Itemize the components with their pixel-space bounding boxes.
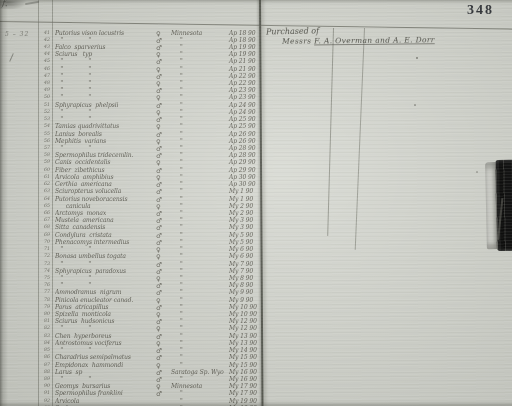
species-cell: " " bbox=[55, 66, 155, 73]
date-cell: My 2 90 bbox=[229, 203, 259, 210]
row-number: 75 bbox=[36, 275, 50, 281]
register-row: 68 Sitta canadensis ♂ " My 3 90 bbox=[0, 224, 256, 231]
locality-cell: " bbox=[171, 174, 225, 181]
register-row: 81 Sciurus hudsonicus ♂ " My 12 90 bbox=[0, 318, 256, 325]
row-number: 44 bbox=[36, 51, 50, 57]
row-number: 88 bbox=[36, 369, 50, 375]
locality-cell: " bbox=[171, 138, 225, 145]
species-cell: Chen hyperboreus bbox=[55, 333, 155, 340]
species-cell: Sciuropterus volucella bbox=[55, 188, 155, 195]
register-row: 67 Mustela americana ♂ " My 3 90 bbox=[0, 217, 256, 224]
date-cell: My 7 90 bbox=[229, 261, 259, 268]
row-number: 60 bbox=[36, 167, 50, 173]
row-number: 76 bbox=[36, 282, 50, 288]
ink-speck bbox=[476, 171, 478, 173]
date-cell: My 13 90 bbox=[229, 333, 259, 340]
row-number: 70 bbox=[36, 239, 50, 245]
species-cell: Mephitis varians bbox=[55, 138, 155, 145]
register-row: 66 Arctomys monax ♂ " My 2 90 bbox=[0, 210, 256, 217]
row-number: 49 bbox=[36, 87, 50, 93]
locality-cell: " bbox=[171, 354, 225, 361]
species-cell: Putorius noveboracensis bbox=[55, 196, 155, 203]
species-cell: " " bbox=[55, 376, 155, 383]
row-number: 87 bbox=[36, 362, 50, 368]
species-cell: Arvicola bbox=[55, 398, 155, 405]
register-row: 75 " " ♀ " My 8 90 bbox=[0, 275, 256, 282]
locality-cell: Saratoga Sp. Wyo bbox=[171, 369, 225, 376]
corner-pencil-mark: f. bbox=[1, 0, 8, 9]
locality-cell: " bbox=[171, 167, 225, 174]
date-cell: My 3 90 bbox=[229, 224, 259, 231]
date-cell: Ap 29 90 bbox=[229, 159, 259, 166]
ink-speck bbox=[414, 104, 416, 106]
species-cell: " " bbox=[55, 87, 155, 94]
species-cell: Mustela americana bbox=[55, 217, 155, 224]
species-cell: Sphyrapicus paradoxus bbox=[55, 268, 155, 275]
species-cell: " " bbox=[55, 325, 155, 332]
register-row: 71 " " ♀ " My 6 90 bbox=[0, 246, 256, 253]
locality-cell: " bbox=[171, 116, 225, 123]
locality-cell: " bbox=[171, 109, 225, 116]
locality-cell: " bbox=[171, 261, 225, 268]
locality-cell: " bbox=[171, 304, 225, 311]
species-cell: " " bbox=[55, 261, 155, 268]
inscription-line-2: Messrs F. A. Overman and A. E. Dorr bbox=[282, 35, 435, 46]
locality-cell: " bbox=[171, 203, 225, 210]
date-cell: Ap 19 90 bbox=[229, 44, 259, 51]
row-number: 74 bbox=[36, 268, 50, 274]
species-cell: Sciurus hudsonicus bbox=[55, 318, 155, 325]
species-cell: " " bbox=[55, 282, 155, 289]
locality-cell: " bbox=[171, 311, 225, 318]
locality-cell: " bbox=[171, 325, 225, 332]
species-cell: Antrostomus vociferus bbox=[55, 340, 155, 347]
register-row: 91 Spermophilus franklini ♂ " My 17 90 bbox=[0, 390, 256, 397]
locality-cell: " bbox=[171, 58, 225, 65]
species-cell: Sphyrapicus phelpsii bbox=[55, 102, 155, 109]
date-cell: Ap 26 90 bbox=[229, 138, 259, 145]
row-number: 47 bbox=[36, 73, 50, 79]
species-cell: Spizella monticola bbox=[55, 311, 155, 318]
date-cell: My 10 90 bbox=[229, 311, 259, 318]
locality-cell: " bbox=[171, 390, 225, 397]
locality-cell: " bbox=[171, 217, 225, 224]
register-row: 76 " " ♂ " My 8 90 bbox=[0, 282, 256, 289]
register-row: 79 Parus atricapillus ♂ " My 10 90 bbox=[0, 304, 256, 311]
register-row: 54 Tamias quadrivittatus ♀ " Ap 25 90 bbox=[0, 123, 256, 130]
row-number: 91 bbox=[36, 390, 50, 396]
locality-cell: " bbox=[171, 224, 225, 231]
register-row: 49 " " ♂ " Ap 23 90 bbox=[0, 87, 256, 94]
register-row: 52 " " ♀ " Ap 24 90 bbox=[0, 109, 256, 116]
date-cell: Ap 18 90 bbox=[229, 37, 259, 44]
date-cell: My 16 90 bbox=[229, 376, 259, 383]
inscription-prefix: Messrs bbox=[282, 36, 314, 45]
species-cell: " " bbox=[55, 58, 155, 65]
row-number: 58 bbox=[36, 152, 50, 158]
date-cell: My 14 90 bbox=[229, 347, 259, 354]
date-cell: Ap 24 90 bbox=[229, 102, 259, 109]
right-page bbox=[262, 0, 512, 406]
species-cell: Phenacomys intermedius bbox=[55, 239, 155, 246]
date-cell: Ap 24 90 bbox=[229, 109, 259, 116]
register-row: 78 Pinicola enucleator canad. ♀ " My 9 9… bbox=[0, 297, 256, 304]
locality-cell: " bbox=[171, 253, 225, 260]
register-row: 58 Spermophilus tridecemlin. ♂ " Ap 28 9… bbox=[0, 152, 256, 159]
ledger-scan: 348 f. 5 – 32 41 Putorius vison lacustri… bbox=[0, 0, 512, 406]
row-number: 86 bbox=[36, 354, 50, 360]
row-number: 73 bbox=[36, 261, 50, 267]
locality-cell: " bbox=[171, 289, 225, 296]
row-number: 59 bbox=[36, 159, 50, 165]
register-rows: 41 Putorius vison lacustris ♀ Minnesota … bbox=[0, 30, 256, 406]
row-number: 89 bbox=[36, 376, 50, 382]
species-cell: " " bbox=[55, 94, 155, 101]
register-row: 69 Condylura cristata ♂ " My 5 90 bbox=[0, 232, 256, 239]
row-number: 64 bbox=[36, 196, 50, 202]
row-number: 63 bbox=[36, 188, 50, 194]
register-row: 90 Geomys bursarius ♀ Minnesota My 17 90 bbox=[0, 383, 256, 390]
locality-cell: " bbox=[171, 159, 225, 166]
inscription-names: F. A. Overman and A. E. Dorr bbox=[314, 35, 435, 45]
locality-cell: " bbox=[171, 87, 225, 94]
locality-cell: " bbox=[171, 66, 225, 73]
inscription-line-1: Purchased of bbox=[266, 26, 319, 36]
page-number: 348 bbox=[467, 3, 494, 19]
locality-cell: " bbox=[171, 94, 225, 101]
date-cell: Ap 23 90 bbox=[229, 87, 259, 94]
locality-cell: " bbox=[171, 210, 225, 217]
date-cell: Ap 26 90 bbox=[229, 131, 259, 138]
register-row: 42 " " ♂ " Ap 18 90 bbox=[0, 37, 256, 44]
date-cell: My 5 90 bbox=[229, 239, 259, 246]
species-cell: " " bbox=[55, 347, 155, 354]
locality-cell: " bbox=[171, 275, 225, 282]
species-cell: " " bbox=[55, 246, 155, 253]
species-cell: Falco sparverius bbox=[55, 44, 155, 51]
register-row: 41 Putorius vison lacustris ♀ Minnesota … bbox=[0, 30, 256, 37]
register-row: 89 " " ♂ " My 16 90 bbox=[0, 376, 256, 383]
species-cell: Geomys bursarius bbox=[55, 383, 155, 390]
locality-cell: " bbox=[171, 239, 225, 246]
locality-cell: " bbox=[171, 152, 225, 159]
scan-edge-top bbox=[0, 0, 512, 4]
register-row: 85 " " ♂ " My 14 90 bbox=[0, 347, 256, 354]
date-cell: My 13 90 bbox=[229, 340, 259, 347]
row-number: 55 bbox=[36, 131, 50, 137]
species-cell: Putorius vison lacustris bbox=[55, 30, 155, 37]
locality-cell: " bbox=[171, 282, 225, 289]
register-row: 44 Sciurus typ ♀ " Ap 19 90 bbox=[0, 51, 256, 58]
corner-pencil-dash bbox=[25, 1, 39, 5]
date-cell: Ap 22 90 bbox=[229, 73, 259, 80]
date-cell: Ap 18 90 bbox=[229, 30, 259, 37]
register-row: 45 " " ♂ " Ap 21 90 bbox=[0, 58, 256, 65]
row-number: 53 bbox=[36, 116, 50, 122]
right-page-rule-1 bbox=[327, 28, 334, 236]
locality-cell: " bbox=[171, 297, 225, 304]
species-cell: Empidonax hammondi bbox=[55, 362, 155, 369]
species-cell: Certhia americana bbox=[55, 181, 155, 188]
species-cell: " " bbox=[55, 80, 155, 87]
register-row: 73 " " ♂ " My 7 90 bbox=[0, 261, 256, 268]
row-number: 81 bbox=[36, 318, 50, 324]
locality-cell: " bbox=[171, 145, 225, 152]
species-cell: " " bbox=[55, 116, 155, 123]
locality-cell: " bbox=[171, 102, 225, 109]
locality-cell: Minnesota bbox=[171, 383, 225, 390]
date-cell: My 6 90 bbox=[229, 253, 259, 260]
species-cell: Spermophilus tridecemlin. bbox=[55, 152, 155, 159]
row-number: 66 bbox=[36, 210, 50, 216]
species-cell: Charadrius semipalmatus bbox=[55, 354, 155, 361]
locality-cell: " bbox=[171, 123, 225, 130]
row-number: 54 bbox=[36, 123, 50, 129]
row-number: 83 bbox=[36, 333, 50, 339]
register-row: 59 Canis occidentalis ♀ " Ap 29 90 bbox=[0, 159, 256, 166]
row-number: 46 bbox=[36, 66, 50, 72]
locality-cell: " bbox=[171, 37, 225, 44]
register-row: 77 Ammodramus nigrum ♂ " My 9 90 bbox=[0, 289, 256, 296]
register-row: 56 Mephitis varians ♀ " Ap 26 90 bbox=[0, 138, 256, 145]
date-cell: Ap 25 90 bbox=[229, 116, 259, 123]
species-cell: Spermophilus franklini bbox=[55, 390, 155, 397]
register-row: 84 Antrostomus vociferus ♀ " My 13 90 bbox=[0, 340, 256, 347]
date-cell: My 8 90 bbox=[229, 282, 259, 289]
register-row: 87 Empidonax hammondi ♀ " My 15 90 bbox=[0, 362, 256, 369]
locality-cell: " bbox=[171, 246, 225, 253]
register-row: 80 Spizella monticola ♀ " My 10 90 bbox=[0, 311, 256, 318]
date-cell: My 6 90 bbox=[229, 246, 259, 253]
locality-cell: " bbox=[171, 80, 225, 87]
species-cell: " " bbox=[55, 145, 155, 152]
register-row: 63 Sciuropterus volucella ♂ " My 1 90 bbox=[0, 188, 256, 195]
row-number: 90 bbox=[36, 383, 50, 389]
row-number: 48 bbox=[36, 80, 50, 86]
species-cell: Ammodramus nigrum bbox=[55, 289, 155, 296]
row-number: 80 bbox=[36, 311, 50, 317]
species-cell: Arctomys monax bbox=[55, 210, 155, 217]
book-edge-tab bbox=[485, 160, 512, 252]
date-cell: Ap 29 90 bbox=[229, 167, 259, 174]
date-cell: My 12 90 bbox=[229, 318, 259, 325]
date-cell: My 10 90 bbox=[229, 304, 259, 311]
date-cell: Ap 19 90 bbox=[229, 51, 259, 58]
row-number: 78 bbox=[36, 297, 50, 303]
register-row: 70 Phenacomys intermedius ♂ " My 5 90 bbox=[0, 239, 256, 246]
locality-cell: " bbox=[171, 44, 225, 51]
row-number: 79 bbox=[36, 304, 50, 310]
date-cell: My 16 90 bbox=[229, 369, 259, 376]
species-cell: Canis occidentalis bbox=[55, 159, 155, 166]
date-cell: My 12 90 bbox=[229, 325, 259, 332]
locality-cell: " bbox=[171, 73, 225, 80]
row-number: 56 bbox=[36, 138, 50, 144]
register-row: 48 " " ♀ " Ap 22 90 bbox=[0, 80, 256, 87]
register-row: 74 Sphyrapicus paradoxus ♂ " My 7 90 bbox=[0, 268, 256, 275]
locality-cell: " bbox=[171, 232, 225, 239]
row-number: 72 bbox=[36, 253, 50, 259]
row-number: 65 bbox=[36, 203, 50, 209]
species-cell: Parus atricapillus bbox=[55, 304, 155, 311]
register-row: 62 Certhia americana ♂ " Ap 30 90 bbox=[0, 181, 256, 188]
register-row: 50 " " ♀ " Ap 23 90 bbox=[0, 94, 256, 101]
register-row: 47 " " ♂ " Ap 22 90 bbox=[0, 73, 256, 80]
date-cell: My 15 90 bbox=[229, 362, 259, 369]
date-cell: My 5 90 bbox=[229, 232, 259, 239]
species-cell: Arvicola amphibius bbox=[55, 174, 155, 181]
register-row: 53 " " ♂ " Ap 25 90 bbox=[0, 116, 256, 123]
row-number: 61 bbox=[36, 174, 50, 180]
species-cell: Larus sp bbox=[55, 369, 155, 376]
row-number: 43 bbox=[36, 44, 50, 50]
row-number: 45 bbox=[36, 58, 50, 64]
date-cell: Ap 21 90 bbox=[229, 58, 259, 65]
register-row: 46 " " ♀ " Ap 21 90 bbox=[0, 66, 256, 73]
row-number: 41 bbox=[36, 30, 50, 36]
register-row: 43 Falco sparverius ♂ " Ap 19 90 bbox=[0, 44, 256, 51]
header-rule bbox=[0, 21, 512, 30]
register-row: 92 Arvicola " My 19 90 bbox=[0, 398, 256, 405]
species-cell: " " bbox=[55, 37, 155, 44]
date-cell: Ap 25 90 bbox=[229, 123, 259, 130]
date-cell: My 15 90 bbox=[229, 354, 259, 361]
locality-cell: " bbox=[171, 51, 225, 58]
date-cell: My 19 90 bbox=[229, 398, 259, 405]
locality-cell: " bbox=[171, 376, 225, 383]
row-number: 68 bbox=[36, 224, 50, 230]
species-cell: " " bbox=[55, 275, 155, 282]
row-number: 69 bbox=[36, 232, 50, 238]
locality-cell: " bbox=[171, 318, 225, 325]
species-cell: Fiber zibethicus bbox=[55, 167, 155, 174]
right-page-rule-2 bbox=[355, 28, 365, 250]
register-row: 55 Lanius borealis ♂ " Ap 26 90 bbox=[0, 131, 256, 138]
register-row: 65 canicula ♀ " My 2 90 bbox=[0, 203, 256, 210]
date-cell: My 17 90 bbox=[229, 390, 259, 397]
locality-cell: " bbox=[171, 362, 225, 369]
species-cell: Pinicola enucleator canad. bbox=[55, 297, 155, 304]
date-cell: My 9 90 bbox=[229, 297, 259, 304]
row-number: 57 bbox=[36, 145, 50, 151]
species-cell: Sitta canadensis bbox=[55, 224, 155, 231]
date-cell: Ap 28 90 bbox=[229, 152, 259, 159]
locality-cell: " bbox=[171, 181, 225, 188]
date-cell: My 9 90 bbox=[229, 289, 259, 296]
date-cell: My 7 90 bbox=[229, 268, 259, 275]
date-cell: Ap 30 90 bbox=[229, 181, 259, 188]
page-gutter-fold bbox=[259, 0, 264, 406]
register-row: 72 Bonasa umbellus togata ♀ " My 6 90 bbox=[0, 253, 256, 260]
row-number: 51 bbox=[36, 102, 50, 108]
date-cell: My 3 90 bbox=[229, 217, 259, 224]
locality-cell: " bbox=[171, 196, 225, 203]
row-number: 85 bbox=[36, 347, 50, 353]
date-cell: Ap 30 90 bbox=[229, 174, 259, 181]
locality-cell: Minnesota bbox=[171, 30, 225, 37]
register-row: 60 Fiber zibethicus ♂ " Ap 29 90 bbox=[0, 167, 256, 174]
row-number: 62 bbox=[36, 181, 50, 187]
locality-cell: " bbox=[171, 333, 225, 340]
register-row: 82 " " ♀ " My 12 90 bbox=[0, 325, 256, 332]
date-cell: My 1 90 bbox=[229, 196, 259, 203]
locality-cell: " bbox=[171, 188, 225, 195]
species-cell: Sciurus typ bbox=[55, 51, 155, 58]
locality-cell: " bbox=[171, 131, 225, 138]
register-row: 51 Sphyrapicus phelpsii ♂ " Ap 24 90 bbox=[0, 102, 256, 109]
locality-cell: " bbox=[171, 398, 225, 405]
species-cell: Tamias quadrivittatus bbox=[55, 123, 155, 130]
species-cell: canicula bbox=[55, 203, 155, 210]
row-number: 84 bbox=[36, 340, 50, 346]
date-cell: My 1 90 bbox=[229, 188, 259, 195]
row-number: 50 bbox=[36, 94, 50, 100]
register-row: 61 Arvicola amphibius ♀ " Ap 30 90 bbox=[0, 174, 256, 181]
date-cell: My 8 90 bbox=[229, 275, 259, 282]
row-number: 71 bbox=[36, 246, 50, 252]
species-cell: " " bbox=[55, 109, 155, 116]
register-row: 57 " " ♂ " Ap 28 90 bbox=[0, 145, 256, 152]
species-cell: Condylura cristata bbox=[55, 232, 155, 239]
ink-speck bbox=[416, 57, 418, 59]
row-number: 67 bbox=[36, 217, 50, 223]
register-row: 86 Charadrius semipalmatus ♂ " My 15 90 bbox=[0, 354, 256, 361]
species-cell: Lanius borealis bbox=[55, 131, 155, 138]
species-cell: " " bbox=[55, 73, 155, 80]
register-row: 83 Chen hyperboreus ♂ " My 13 90 bbox=[0, 333, 256, 340]
date-cell: Ap 28 90 bbox=[229, 145, 259, 152]
register-row: 88 Larus sp ♂ Saratoga Sp. Wyo My 16 90 bbox=[0, 369, 256, 376]
row-number: 42 bbox=[36, 37, 50, 43]
row-number: 92 bbox=[36, 398, 50, 404]
row-number: 77 bbox=[36, 289, 50, 295]
locality-cell: " bbox=[171, 340, 225, 347]
locality-cell: " bbox=[171, 347, 225, 354]
date-cell: Ap 21 90 bbox=[229, 66, 259, 73]
locality-cell: " bbox=[171, 268, 225, 275]
row-number: 82 bbox=[36, 325, 50, 331]
row-number: 52 bbox=[36, 109, 50, 115]
date-cell: Ap 23 90 bbox=[229, 94, 259, 101]
species-cell: Bonasa umbellus togata bbox=[55, 253, 155, 260]
register-row: 64 Putorius noveboracensis ♂ " My 1 90 bbox=[0, 196, 256, 203]
date-cell: My 2 90 bbox=[229, 210, 259, 217]
date-cell: My 17 90 bbox=[229, 383, 259, 390]
date-cell: Ap 22 90 bbox=[229, 80, 259, 87]
